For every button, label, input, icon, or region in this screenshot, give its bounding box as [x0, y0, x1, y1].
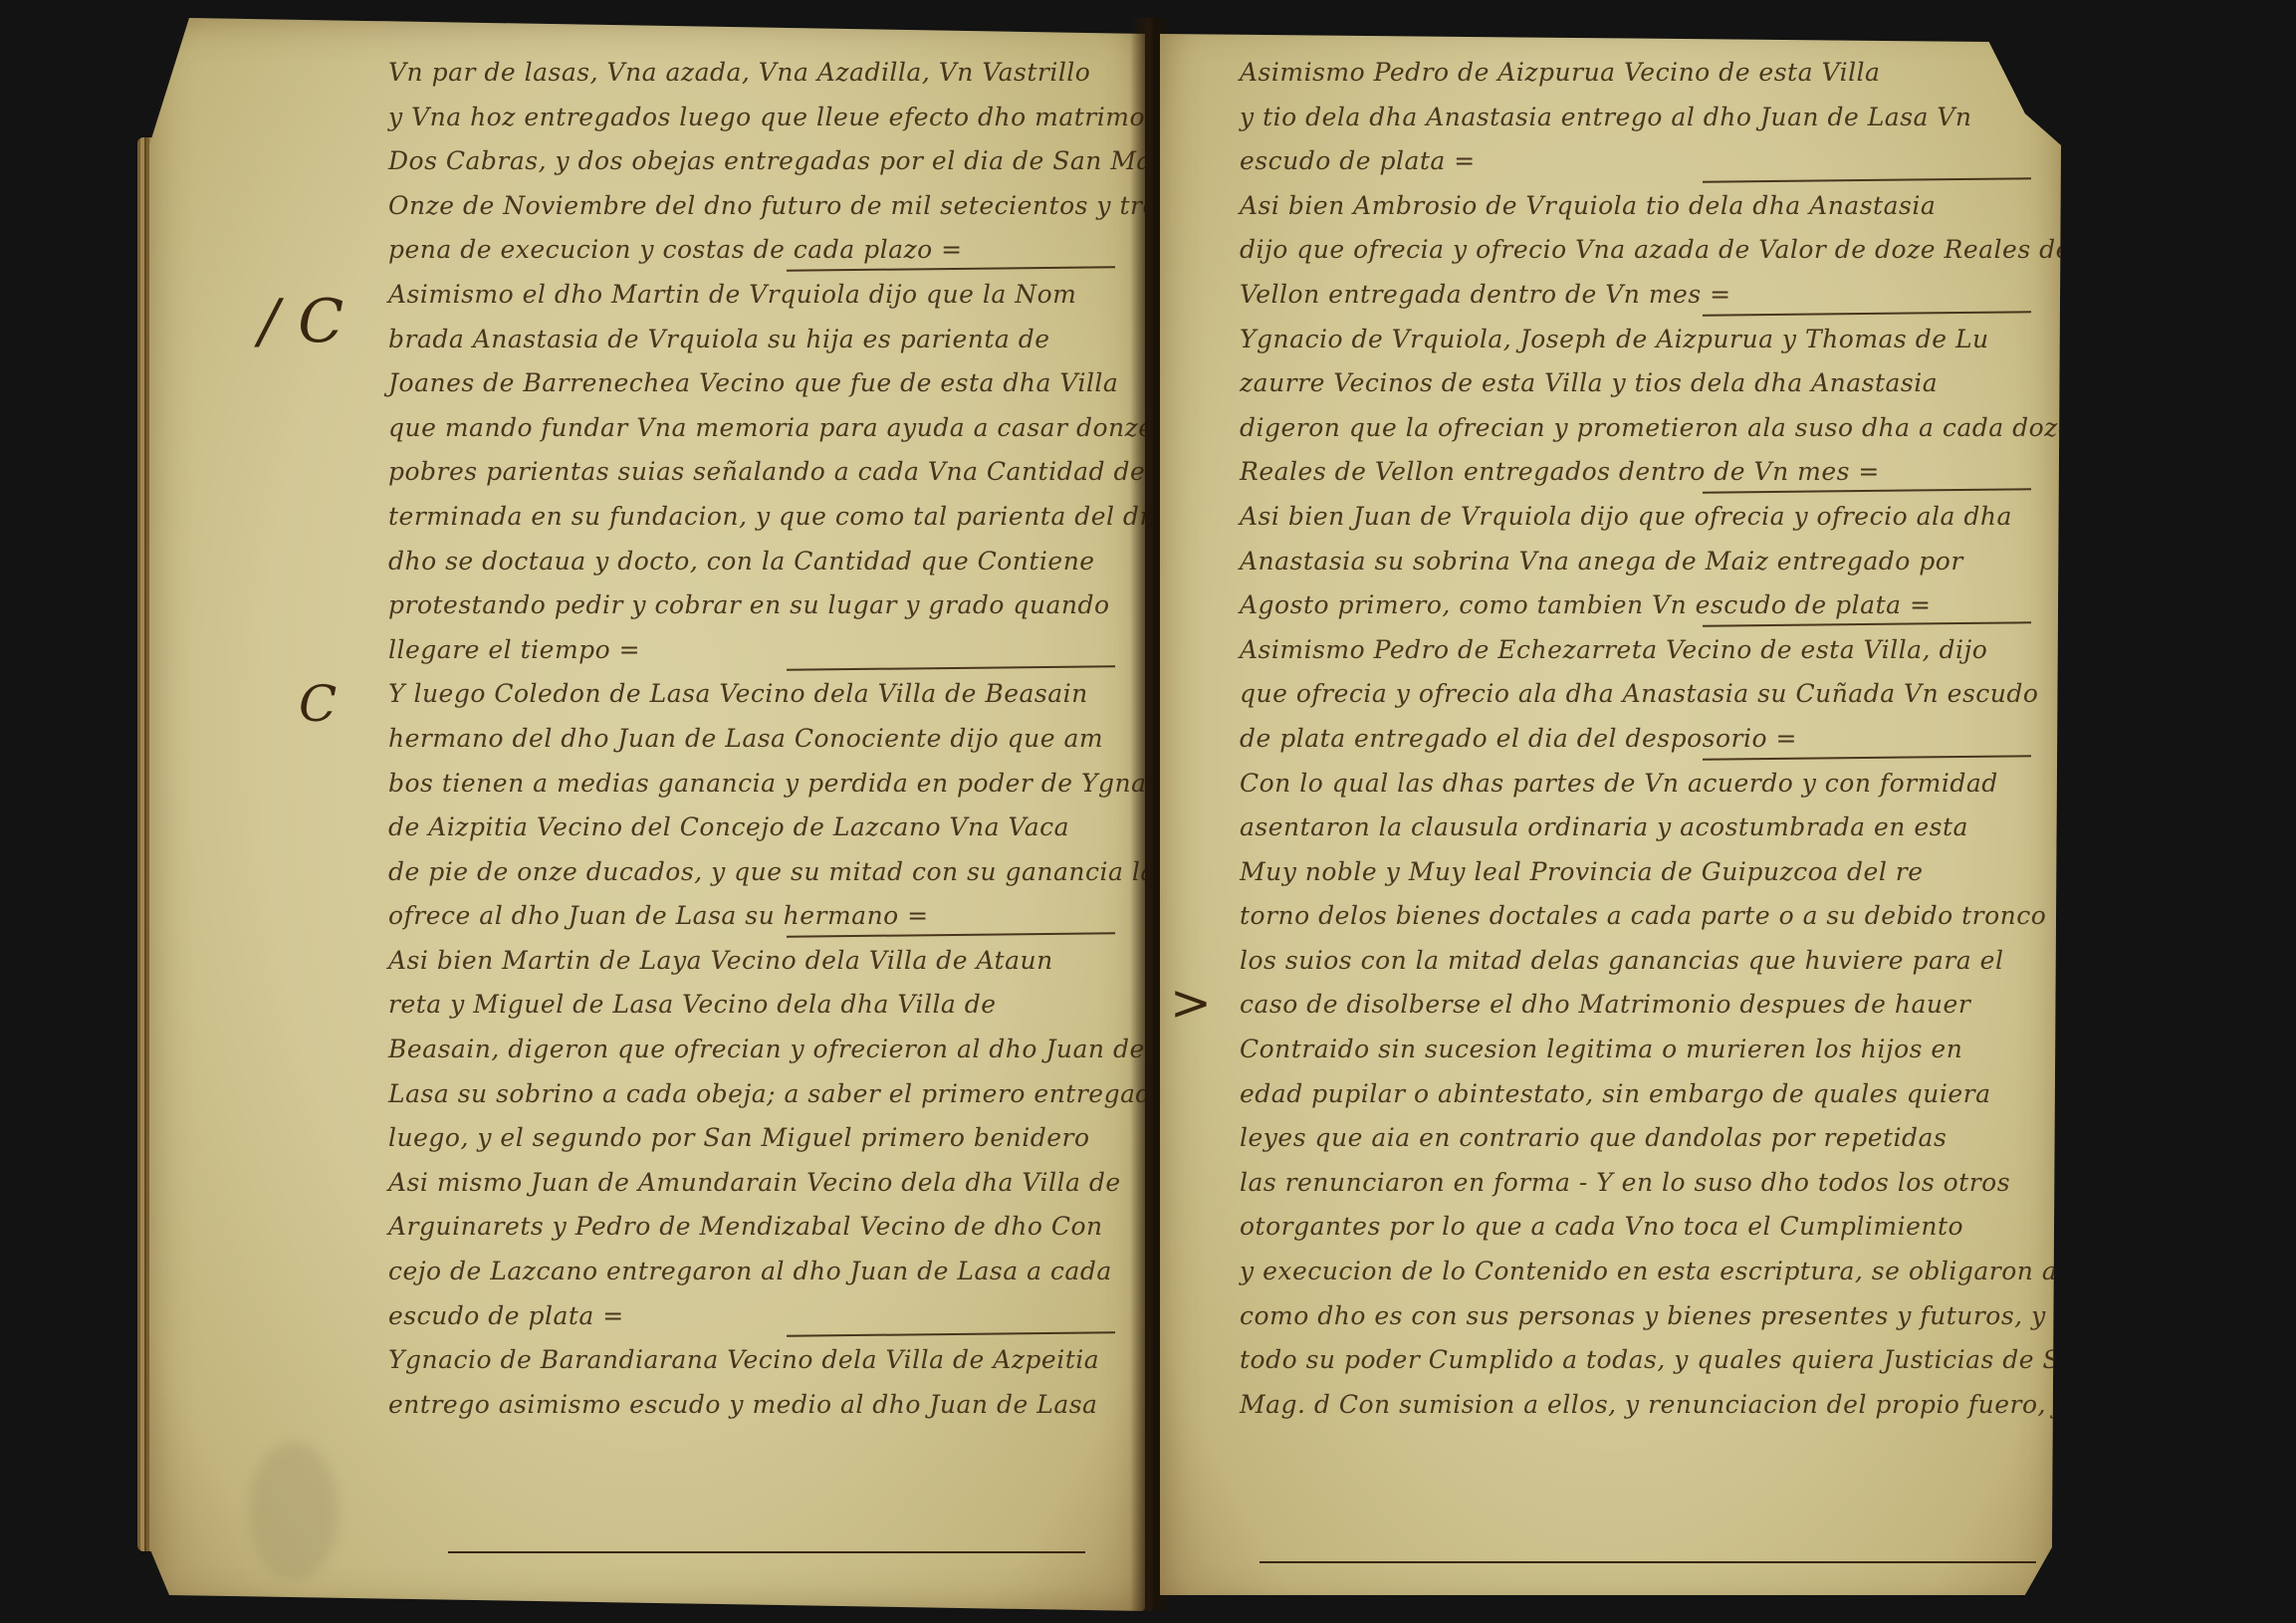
- manuscript-line: edad pupilar o abintestato, sin embargo …: [1160, 1079, 2061, 1124]
- manuscript-line: de pie de onze ducados, y que su mitad c…: [149, 857, 1145, 902]
- manuscript-line: zaurre Vecinos de esta Villa y tios dela…: [1160, 368, 2061, 413]
- manuscript-line: Agosto primero, como tambien Vn escudo d…: [1160, 590, 2061, 635]
- manuscript-line: otorgantes por lo que a cada Vno toca el…: [1160, 1212, 2061, 1257]
- manuscript-line: Lasa su sobrino a cada obeja; a saber el…: [149, 1079, 1145, 1124]
- manuscript-line: Onze de Noviembre del dno futuro de mil …: [149, 191, 1145, 236]
- manuscript-line: Asi bien Juan de Vrquiola dijo que ofrec…: [1160, 502, 2061, 547]
- manuscript-line: Arguinarets y Pedro de Mendizabal Vecino…: [149, 1212, 1145, 1257]
- manuscript-line: asentaron la clausula ordinaria y acostu…: [1160, 812, 2061, 857]
- manuscript-line: y Vna hoz entregados luego que lleue efe…: [149, 103, 1145, 147]
- water-stain: [249, 1442, 339, 1581]
- manuscript-line: Con lo qual las dhas partes de Vn acuerd…: [1160, 769, 2061, 813]
- manuscript-line: entrego asimismo escudo y medio al dho J…: [149, 1390, 1145, 1435]
- manuscript-line: las renunciaron en forma - Y en lo suso …: [1160, 1168, 2061, 1213]
- folio-number: 256: [2166, 32, 2207, 57]
- manuscript-line: y execucion de lo Contenido en esta escr…: [1160, 1257, 2061, 1301]
- manuscript-line: bos tienen a medias ganancia y perdida e…: [149, 769, 1145, 813]
- manuscript-line: dho se doctaua y docto, con la Cantidad …: [149, 547, 1145, 591]
- manuscript-line: dijo que ofrecia y ofrecio Vna azada de …: [1160, 235, 2061, 280]
- manuscript-line: Asimismo Pedro de Echezarreta Vecino de …: [1160, 635, 2061, 680]
- manuscript-line: Asi mismo Juan de Amundarain Vecino dela…: [149, 1168, 1145, 1213]
- manuscript-line: de Aizpitia Vecino del Concejo de Lazcan…: [149, 812, 1145, 857]
- closing-rule: [1260, 1561, 2036, 1563]
- manuscript-line: los suios con la mitad delas ganancias q…: [1160, 946, 2061, 991]
- margin-mark: C: [299, 675, 337, 733]
- manuscript-line: que mando fundar Vna memoria para ayuda …: [149, 413, 1145, 458]
- manuscript-line: Asimismo Pedro de Aizpurua Vecino de est…: [1160, 58, 2061, 103]
- closing-rule: [448, 1551, 1085, 1553]
- manuscript-line: Mag. d Con sumision a ellos, y renunciac…: [1160, 1390, 2061, 1435]
- manuscript-line: protestando pedir y cobrar en su lugar y…: [149, 590, 1145, 635]
- manuscript-line: Joanes de Barrenechea Vecino que fue de …: [149, 368, 1145, 413]
- manuscript-line: digeron que la ofrecian y prometieron al…: [1160, 413, 2061, 458]
- manuscript-line: reta y Miguel de Lasa Vecino dela dha Vi…: [149, 990, 1145, 1035]
- manuscript-line: Anastasia su sobrina Vna anega de Maiz e…: [1160, 547, 2061, 591]
- right-page-text: Asimismo Pedro de Aizpurua Vecino de est…: [1160, 58, 2061, 1434]
- manuscript-line: terminada en su fundacion, y que como ta…: [149, 502, 1145, 547]
- manuscript-line: Ygnacio de Vrquiola, Joseph de Aizpurua …: [1160, 325, 2061, 369]
- manuscript-line: Contraido sin sucesion legitima o murier…: [1160, 1035, 2061, 1079]
- left-page-text: Vn par de lasas, Vna azada, Vna Azadilla…: [149, 58, 1145, 1434]
- manuscript-line: escudo de plata =: [1160, 146, 2061, 191]
- manuscript-line: que ofrecia y ofrecio ala dha Anastasia …: [1160, 679, 2061, 724]
- manuscript-line: Ygnacio de Barandiarana Vecino dela Vill…: [149, 1345, 1145, 1390]
- manuscript-line: Vn par de lasas, Vna azada, Vna Azadilla…: [149, 58, 1145, 103]
- manuscript-line: Reales de Vellon entregados dentro de Vn…: [1160, 457, 2061, 502]
- manuscript-line: todo su poder Cumplido a todas, y quales…: [1160, 1345, 2061, 1390]
- margin-mark: >: [1170, 974, 1212, 1032]
- manuscript-line: como dho es con sus personas y bienes pr…: [1160, 1301, 2061, 1346]
- manuscript-line: Dos Cabras, y dos obejas entregadas por …: [149, 146, 1145, 191]
- manuscript-line: Muy noble y Muy leal Provincia de Guipuz…: [1160, 857, 2061, 902]
- manuscript-line: Beasain, digeron que ofrecian y ofrecier…: [149, 1035, 1145, 1079]
- left-page: Vn par de lasas, Vna azada, Vna Azadilla…: [149, 18, 1145, 1611]
- manuscript-line: cejo de Lazcano entregaron al dho Juan d…: [149, 1257, 1145, 1301]
- open-manuscript: Vn par de lasas, Vna azada, Vna Azadilla…: [149, 18, 2061, 1611]
- manuscript-line: caso de disolberse el dho Matrimonio des…: [1160, 990, 2061, 1035]
- manuscript-line: Asi bien Ambrosio de Vrquiola tio dela d…: [1160, 191, 2061, 236]
- manuscript-line: leyes que aia en contrario que dandolas …: [1160, 1123, 2061, 1168]
- manuscript-line: escudo de plata =: [149, 1301, 1145, 1346]
- manuscript-line: luego, y el segundo por San Miguel prime…: [149, 1123, 1145, 1168]
- manuscript-line: de plata entregado el dia del desposorio…: [1160, 724, 2061, 769]
- manuscript-line: ofrece al dho Juan de Lasa su hermano =: [149, 901, 1145, 946]
- right-page: 256 Asimismo Pedro de Aizpurua Vecino de…: [1160, 18, 2061, 1611]
- manuscript-line: Vellon entregada dentro de Vn mes =: [1160, 280, 2061, 325]
- manuscript-line: pena de execucion y costas de cada plazo…: [149, 235, 1145, 280]
- manuscript-line: pobres parientas suias señalando a cada …: [149, 457, 1145, 502]
- manuscript-line: y tio dela dha Anastasia entrego al dho …: [1160, 103, 2061, 147]
- manuscript-line: llegare el tiempo =: [149, 635, 1145, 680]
- manuscript-line: torno delos bienes doctales a cada parte…: [1160, 901, 2061, 946]
- manuscript-line: Asi bien Martin de Laya Vecino dela Vill…: [149, 946, 1145, 991]
- margin-mark: / C: [259, 287, 344, 356]
